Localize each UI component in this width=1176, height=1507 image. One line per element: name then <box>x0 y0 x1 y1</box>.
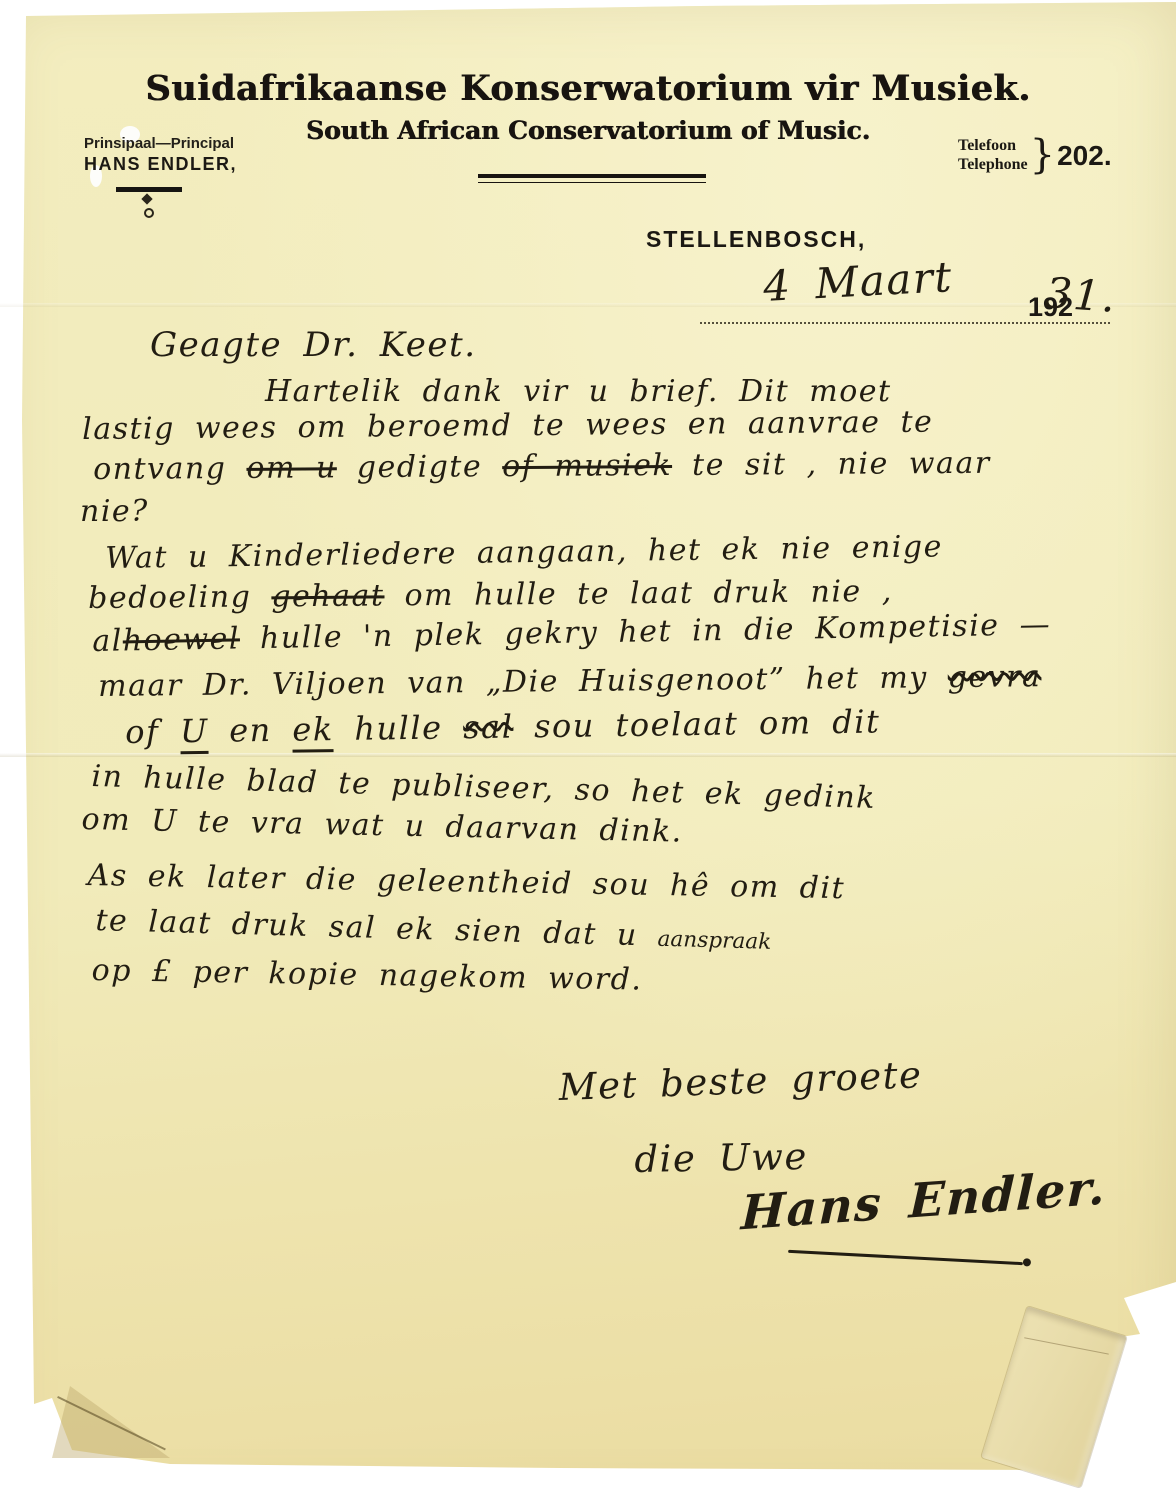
handwritten-line: Hartelik dank vir u brief. Dit moet <box>265 374 892 409</box>
handwritten-date: 4 Maart <box>762 252 954 311</box>
principal-name: HANS ENDLER, <box>84 154 237 175</box>
telephone-label-afrikaans: Telefoon <box>958 136 1028 155</box>
brace-glyph: } <box>1030 136 1055 174</box>
telephone-number: 202. <box>1057 136 1112 176</box>
salutation-line: Geagte Dr. Keet. <box>150 325 477 365</box>
telephone-block: Telefoon Telephone } 202. <box>958 136 1112 176</box>
handwritten-year-overwrite: 31. <box>1044 268 1119 322</box>
handwritten-line: nie? <box>80 494 149 529</box>
principal-ornament-bar <box>116 187 182 192</box>
letterhead-divider-rule <box>478 174 706 183</box>
handwritten-line: lastig wees om beroemd te wees en aanvra… <box>82 405 933 447</box>
letter-paper <box>0 0 1176 1507</box>
letterhead-title: Suidafrikaanse Konserwatorium vir Musiek… <box>0 68 1176 109</box>
scanned-letter-page: Suidafrikaanse Konserwatorium vir Musiek… <box>0 0 1176 1507</box>
handwritten-line: ontvang om u gedigte of musiek te sit , … <box>93 446 991 487</box>
closing-yours-line: die Uwe <box>634 1135 808 1181</box>
telephone-label-english: Telephone <box>958 155 1028 174</box>
ornament-icon <box>144 208 154 218</box>
handwritten-line: bedoeling gehaat om hulle te laat druk n… <box>88 574 893 616</box>
principal-label: Prinsipaal—Principal <box>84 135 234 152</box>
city-line: STELLENBOSCH, <box>646 226 866 253</box>
